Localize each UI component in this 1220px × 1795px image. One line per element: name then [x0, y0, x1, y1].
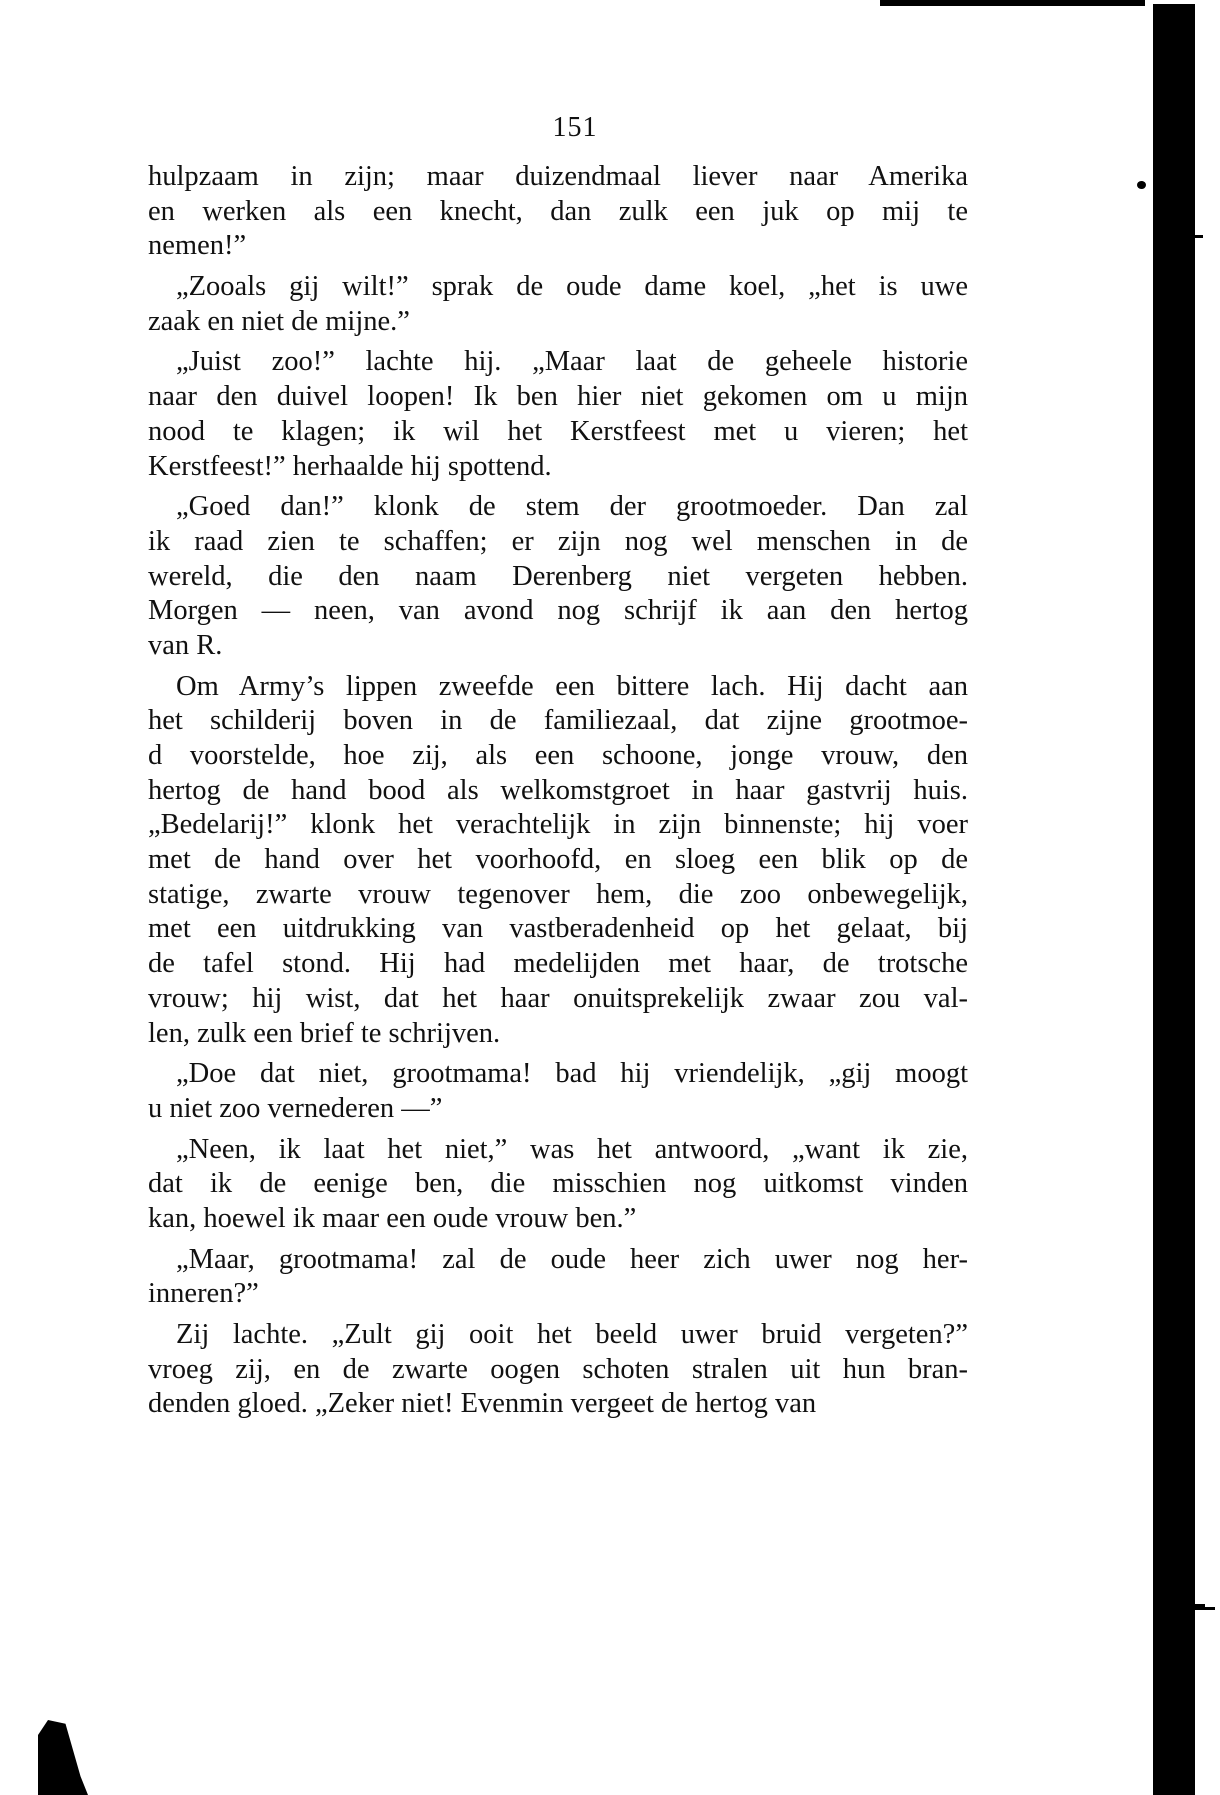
paragraph: „Doe dat niet, grootmama! bad hij vriend… [148, 1057, 968, 1126]
text-line: vrouw; hij wist, dat het haar onuitsprek… [148, 982, 968, 1017]
scan-edge-shadow [1153, 4, 1195, 1795]
text-line: vroeg zij, en de zwarte oogen schoten st… [148, 1353, 968, 1388]
ink-speck [1137, 181, 1146, 189]
text-line: Morgen — neen, van avond nog schrijf ik … [148, 594, 968, 629]
text-line: u niet zoo vernederen —” [148, 1092, 968, 1127]
text-line: d voorstelde, hoe zij, als een schoone, … [148, 739, 968, 774]
text-line: met een uitdrukking van vastberadenheid … [148, 912, 968, 947]
text-line: „Zooals gij wilt!” sprak de oude dame ko… [148, 270, 968, 305]
scan-edge-mark [1195, 1607, 1215, 1610]
paragraph: „Maar, grootmama! zal de oude heer zich … [148, 1243, 968, 1312]
text-line: Kerstfeest!” herhaalde hij spottend. [148, 450, 968, 485]
paragraph: „Juist zoo!” lachte hij. „Maar laat de g… [148, 345, 968, 484]
text-line: hulpzaam in zijn; maar duizendmaal lieve… [148, 160, 968, 195]
text-line: de tafel stond. Hij had medelijden met h… [148, 947, 968, 982]
text-line: naar den duivel loopen! Ik ben hier niet… [148, 380, 968, 415]
scan-corner-blot [38, 1720, 88, 1795]
scan-top-border [880, 0, 1145, 6]
text-line: kan, hoewel ik maar een oude vrouw ben.” [148, 1202, 968, 1237]
text-line: „Neen, ik laat het niet,” was het antwoo… [148, 1133, 968, 1168]
scanned-book-page: 151 hulpzaam in zijn; maar duizendmaal l… [0, 0, 1220, 1795]
paragraph: Zij lachte. „Zult gij ooit het beeld uwe… [148, 1318, 968, 1422]
text-line: Zij lachte. „Zult gij ooit het beeld uwe… [148, 1318, 968, 1353]
text-line: het schilderij boven in de familiezaal, … [148, 704, 968, 739]
text-line: en werken als een knecht, dan zulk een j… [148, 195, 968, 230]
text-line: „Maar, grootmama! zal de oude heer zich … [148, 1243, 968, 1278]
text-line: „Bedelarij!” klonk het verachtelijk in z… [148, 808, 968, 843]
page-number: 151 [0, 112, 1150, 144]
paragraph: „Zooals gij wilt!” sprak de oude dame ko… [148, 270, 968, 339]
text-line: nood te klagen; ik wil het Kerstfeest me… [148, 415, 968, 450]
text-line: ik raad zien te schaffen; er zijn nog we… [148, 525, 968, 560]
text-line: „Goed dan!” klonk de stem der grootmoede… [148, 490, 968, 525]
text-line: „Juist zoo!” lachte hij. „Maar laat de g… [148, 345, 968, 380]
paragraph: hulpzaam in zijn; maar duizendmaal lieve… [148, 160, 968, 264]
text-line: denden gloed. „Zeker niet! Evenmin verge… [148, 1387, 968, 1422]
paragraph: Om Army’s lippen zweefde een bittere lac… [148, 670, 968, 1052]
text-line: met de hand over het voorhoofd, en sloeg… [148, 843, 968, 878]
paragraph: „Goed dan!” klonk de stem der grootmoede… [148, 490, 968, 663]
paragraph: „Neen, ik laat het niet,” was het antwoo… [148, 1133, 968, 1237]
text-line: inneren?” [148, 1277, 968, 1312]
text-line: hertog de hand bood als welkomstgroet in… [148, 774, 968, 809]
text-line: dat ik de eenige ben, die misschien nog … [148, 1167, 968, 1202]
text-line: nemen!” [148, 229, 968, 264]
text-line: zaak en niet de mijne.” [148, 305, 968, 340]
text-line: statige, zwarte vrouw tegenover hem, die… [148, 878, 968, 913]
text-line: wereld, die den naam Derenberg niet verg… [148, 560, 968, 595]
scan-edge-mark [1195, 235, 1203, 238]
body-text: hulpzaam in zijn; maar duizendmaal lieve… [148, 160, 968, 1428]
text-line: van R. [148, 629, 968, 664]
text-line: Om Army’s lippen zweefde een bittere lac… [148, 670, 968, 705]
text-line: „Doe dat niet, grootmama! bad hij vriend… [148, 1057, 968, 1092]
text-line: len, zulk een brief te schrijven. [148, 1017, 968, 1052]
